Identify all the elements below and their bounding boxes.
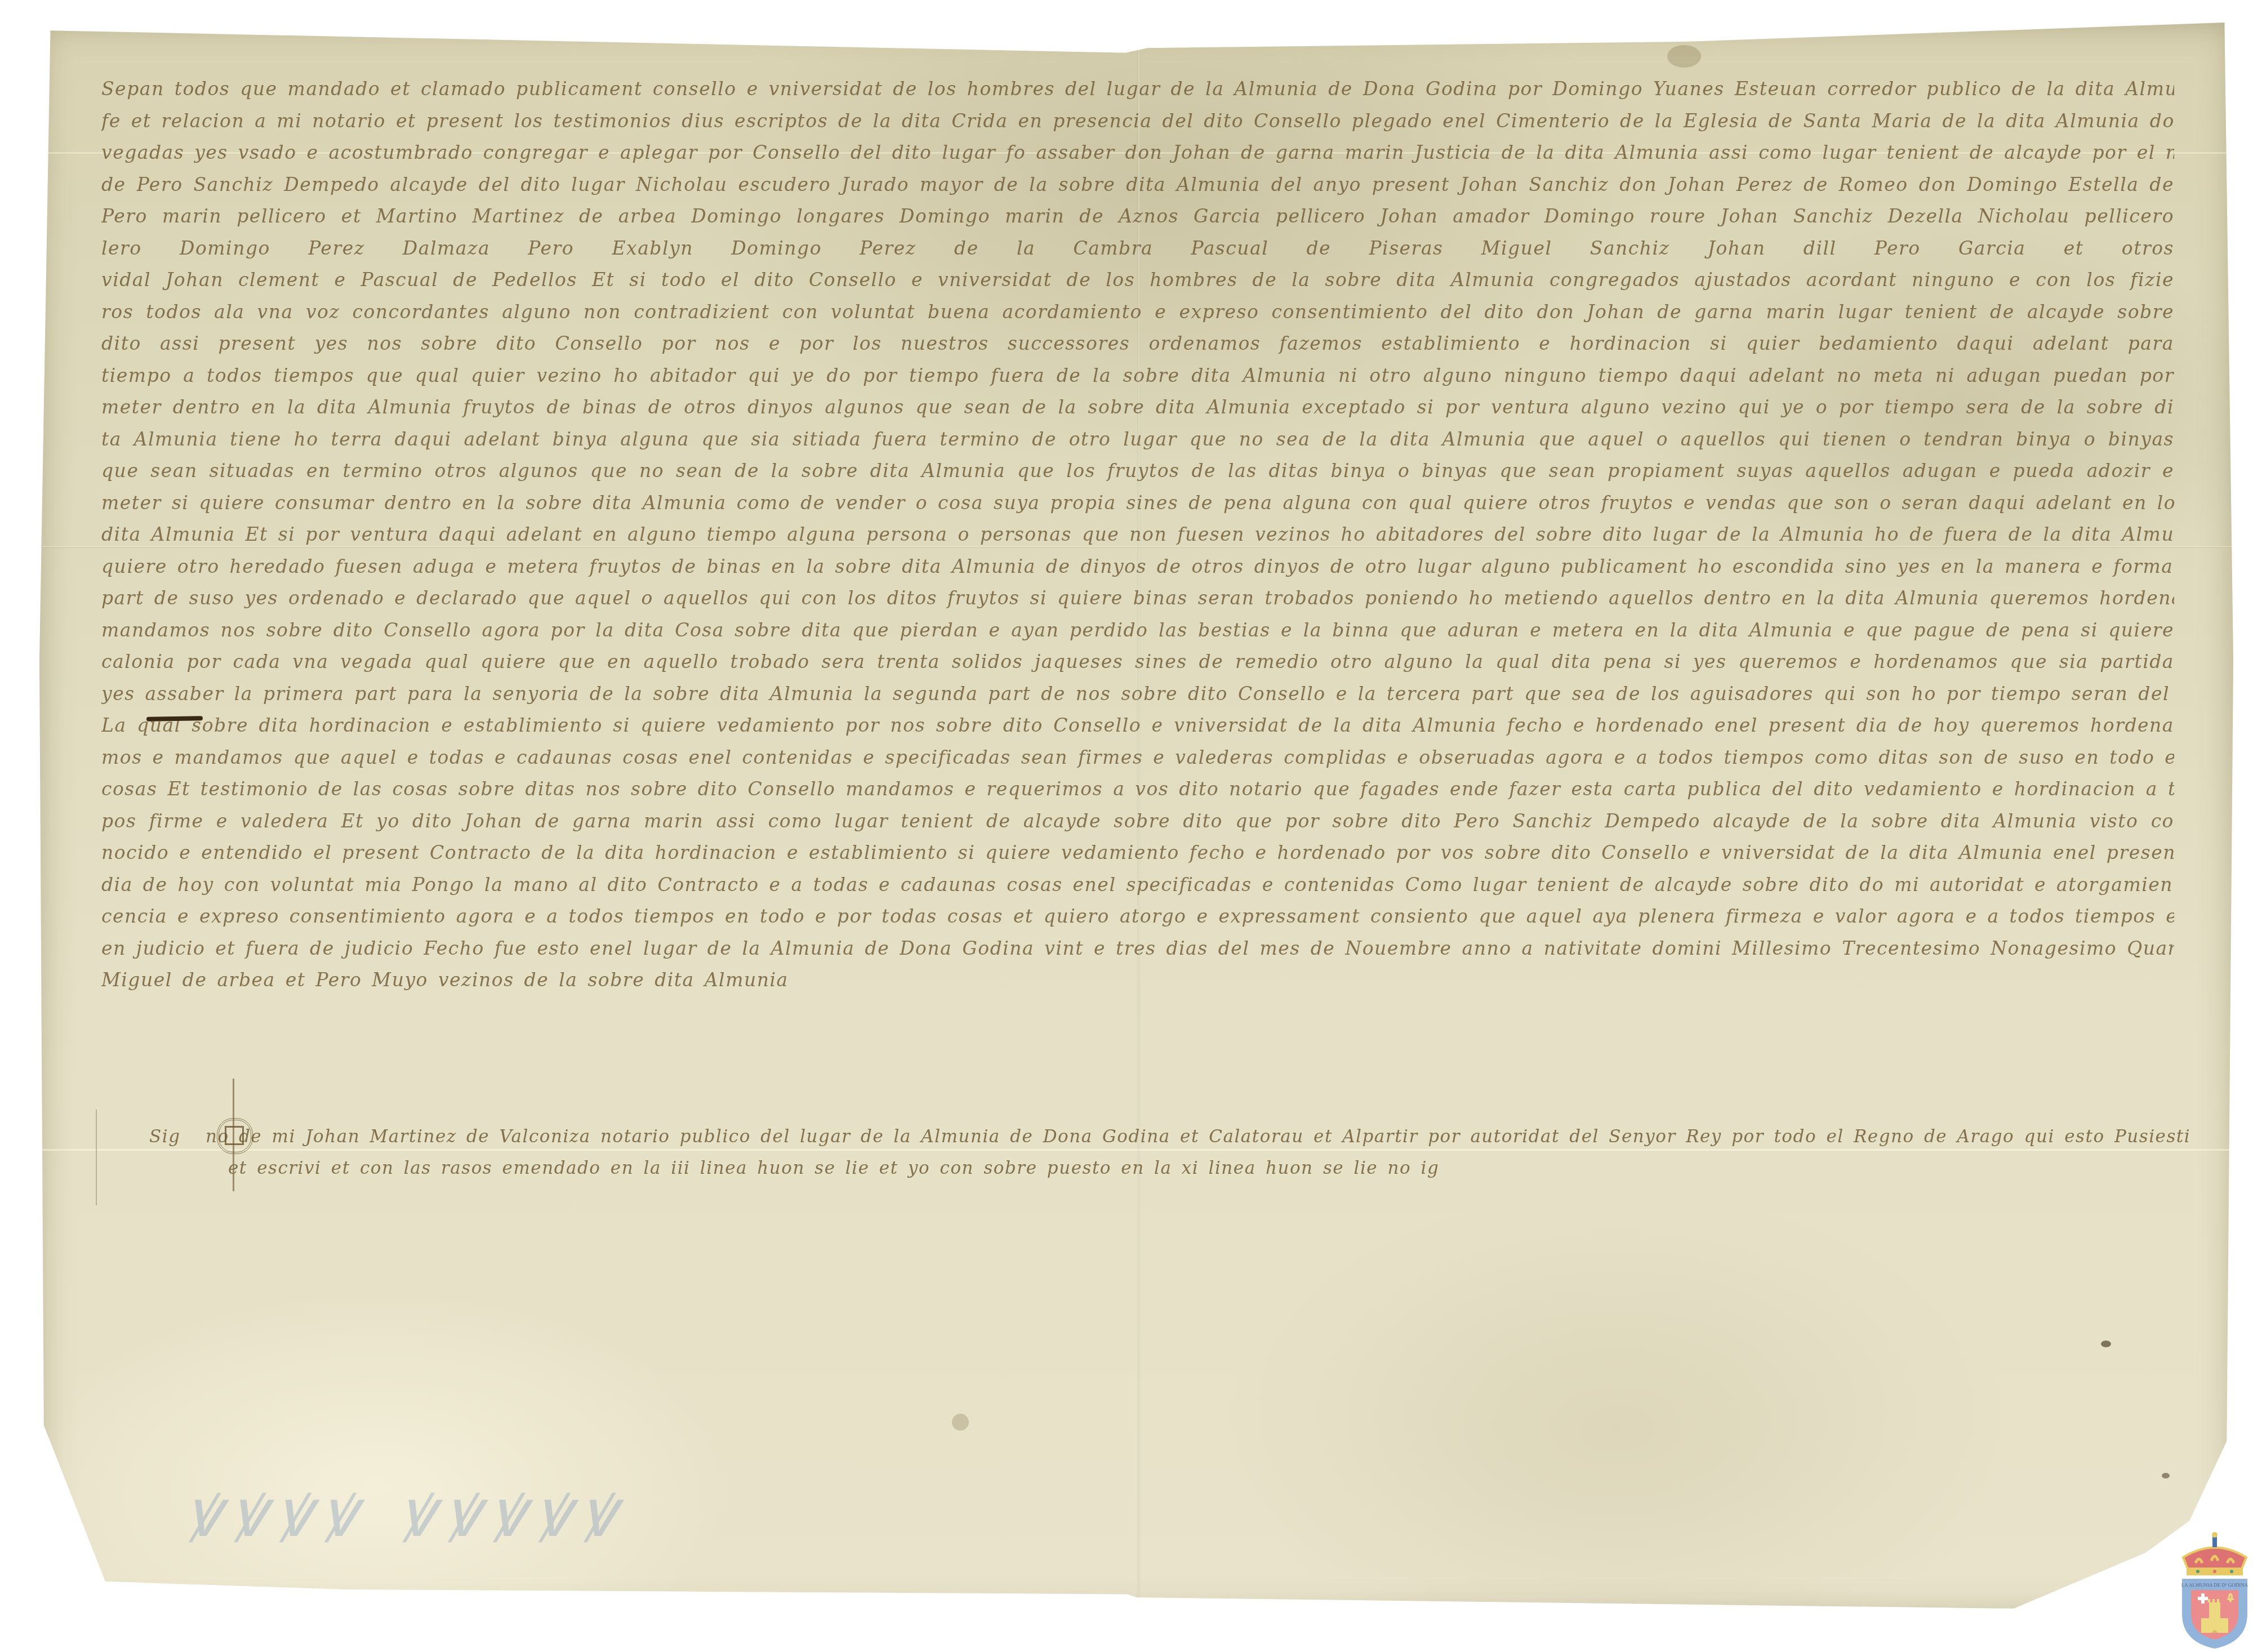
crown-icon	[2183, 1532, 2246, 1575]
shield-icon: LA ALMUNIA DE Dª GODINA	[2181, 1579, 2248, 1649]
text-line: part de suso yes ordenado e declarado qu…	[101, 582, 2174, 615]
text-line: vegadas yes vsado e acostumbrado congreg…	[101, 137, 2174, 169]
subscription-line-2: et escrivi et con las rasos emendado en …	[138, 1152, 2166, 1184]
sign-prefix: Sig	[149, 1121, 181, 1152]
text-line: en judicio et fuera de judicio Fecho fue…	[101, 933, 2174, 965]
text-line: ros todos ala vna voz concordantes algun…	[101, 296, 2174, 328]
text-line: Pero marin pellicero et Martino Martinez…	[101, 201, 2174, 233]
text-line-final: Miguel de arbea et Pero Muyo vezinos de …	[101, 964, 834, 996]
text-line: mos e mandamos que aquel e todas e cadau…	[101, 742, 2174, 774]
text-line: de Pero Sanchiz Dempedo alcayde del dito…	[101, 169, 2174, 201]
text-line: tiempo a todos tiempos que qual quier ve…	[101, 360, 2174, 392]
stain	[952, 1414, 969, 1431]
stain	[2101, 1341, 2111, 1347]
charter-body: Sepan todos que mandado et clamado publi…	[101, 73, 2174, 996]
margin-rule	[96, 1110, 97, 1205]
notarial-subscription: Sig no de mi Johan Martinez de Valconiza…	[138, 1121, 2166, 1184]
text-line: dita Almunia Et si por ventura daqui ade…	[101, 519, 2174, 551]
text-line: dito assi present yes nos sobre dito Con…	[101, 328, 2174, 360]
coat-of-arms-emblem: LA ALMUNIA DE Dª GODINA	[2179, 1524, 2251, 1650]
text-line: fe et relacion a mi notario et present l…	[101, 105, 2174, 137]
text-line: meter dentro en la dita Almunia fruytos …	[101, 391, 2174, 424]
text-line: vidal Johan clement e Pascual de Pedello…	[101, 264, 2174, 296]
text-line: meter si quiere consumar dentro en la so…	[101, 487, 2174, 519]
text-line: pos firme e valedera Et yo dito Johan de…	[101, 805, 2174, 838]
notarial-sign-icon	[211, 1112, 256, 1180]
text-line: que sean situadas en termino otros algun…	[101, 455, 2174, 487]
text-line: La qual sobre dita hordinacion e establi…	[101, 710, 2174, 742]
faint-offset-writing: ꝟꝟꝟꝟ ꝟꝟꝟꝟꝟ	[186, 1464, 1256, 1532]
text-line: ta Almunia tiene ho terra daqui adelant …	[101, 424, 2174, 456]
parchment-document: ꝟꝟꝟꝟ ꝟꝟꝟꝟꝟ Sepan todos que mandado et cl…	[39, 23, 2233, 1617]
emblem-title: LA ALMUNIA DE Dª GODINA	[2181, 1582, 2248, 1588]
stain	[1667, 45, 1701, 68]
text-line: dia de hoy con voluntat mia Pongo la man…	[101, 869, 2174, 901]
text-line: lero Domingo Perez Dalmaza Pero Exablyn …	[101, 233, 2174, 265]
text-line: quiere otro heredado fuesen aduga e mete…	[101, 551, 2174, 583]
text-line: calonia por cada vna vegada qual quiere …	[101, 646, 2174, 678]
text-line: cencia e expreso consentimiento agora e …	[101, 901, 2174, 933]
text-line: nocido e entendido el present Contracto …	[101, 837, 2174, 869]
text-line: yes assaber la primera part para la seny…	[101, 678, 2174, 710]
text-line: cosas Et testimonio de las cosas sobre d…	[101, 773, 2174, 805]
text-line: Sepan todos que mandado et clamado publi…	[101, 73, 2174, 105]
subscription-line-1: no de mi Johan Martinez de Valconiza not…	[138, 1121, 2166, 1152]
text-line: mandamos nos sobre dito Consello agora p…	[101, 615, 2174, 647]
stain	[2162, 1473, 2170, 1479]
